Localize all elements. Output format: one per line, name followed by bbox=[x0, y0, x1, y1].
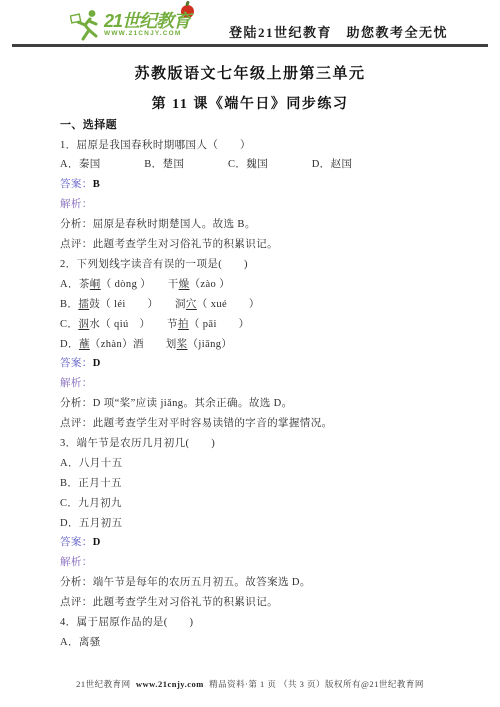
explain-label: 解析： bbox=[60, 378, 93, 389]
runner-icon bbox=[70, 8, 102, 44]
doc-line-opt: A．秦国 B．楚国 C．魏国 D．赵国 bbox=[60, 160, 450, 171]
logo-wordmark: 21世纪教育 WWW.21CNJY.COM bbox=[104, 12, 190, 38]
doc-line-ans: 解析： bbox=[60, 558, 450, 569]
text-segment: 2．下列划线字读音有误的一项是( ) bbox=[60, 259, 248, 270]
document-titles: 苏教版语文七年级上册第三单元 第 11 课《端午日》同步练习 bbox=[0, 62, 500, 113]
doc-line-opt: A．八月十五 bbox=[60, 459, 450, 470]
answer-label: 答案： bbox=[60, 537, 93, 548]
site-logo[interactable]: 21世纪教育 WWW.21CNJY.COM bbox=[70, 8, 190, 44]
doc-line-body: 点评：此题考查学生对习俗礼节的积累识记。 bbox=[60, 240, 450, 251]
answer-label: 答案： bbox=[60, 358, 93, 369]
text-segment: （zhàn）酒 划 bbox=[90, 339, 177, 350]
header-divider bbox=[12, 44, 488, 47]
text-segment: 擂 bbox=[78, 299, 89, 310]
doc-line-ans: 解析： bbox=[60, 379, 450, 390]
text-segment: 分析：端午节是每年的农历五月初五。故答案选 D。 bbox=[60, 577, 311, 588]
explain-label: 解析： bbox=[60, 557, 93, 568]
explain-label: 解析： bbox=[60, 199, 93, 210]
page-footer: 21世纪教育网 www.21cnjy.com 精品资料·第 1 页 （共 3 页… bbox=[0, 678, 500, 690]
text-segment: 燥 bbox=[179, 279, 190, 290]
worksheet-page: 21世纪教育 WWW.21CNJY.COM 登陆21世纪教育 助您教考全无忧 苏… bbox=[0, 0, 500, 707]
doc-line-body: 分析：D 项“桨”应读 jiǎng。其余正确。故选 D。 bbox=[60, 399, 450, 410]
footer-site-url[interactable]: www.21cnjy.com bbox=[136, 679, 204, 689]
doc-line-body: 点评：此题考查学生对习俗礼节的积累识记。 bbox=[60, 598, 450, 609]
text-segment: D bbox=[93, 537, 101, 548]
text-segment: 点评：此题考查学生对习俗礼节的积累识记。 bbox=[60, 239, 278, 250]
text-segment: （ dòng ） 干 bbox=[101, 279, 179, 290]
logo-brand-text: 21世纪教育 bbox=[104, 12, 190, 30]
doc-line-body: 点评：此题考查学生对平时容易读错的字音的掌握情况。 bbox=[60, 419, 450, 430]
doc-line-opt: D．五月初五 bbox=[60, 519, 450, 530]
doc-line-q: 2．下列划线字读音有误的一项是( ) bbox=[60, 260, 450, 271]
doc-line-opt: B．正月十五 bbox=[60, 479, 450, 490]
text-segment: 桨 bbox=[177, 339, 188, 350]
doc-line-q: 1．屈原是我国春秋时期哪国人（ ） bbox=[60, 141, 450, 152]
doc-line-opt: C．泅水（ qiú ） 节拍（ pāi ） bbox=[60, 320, 450, 331]
document-body: 一、选择题1．屈原是我国春秋时期哪国人（ ）A．秦国 B．楚国 C．魏国 D．赵… bbox=[60, 120, 450, 658]
text-segment: 点评：此题考查学生对习俗礼节的积累识记。 bbox=[60, 597, 278, 608]
text-segment: B bbox=[93, 179, 100, 190]
doc-line-ans: 答案：D bbox=[60, 359, 450, 370]
text-segment: 水（ qiú ） 节 bbox=[89, 319, 178, 330]
doc-line-section: 一、选择题 bbox=[60, 120, 450, 131]
text-segment: 点评：此题考查学生对平时容易读错的字音的掌握情况。 bbox=[60, 418, 333, 429]
doc-line-body: 分析：屈原是春秋时期楚国人。故选 B。 bbox=[60, 220, 450, 231]
doc-line-ans: 解析： bbox=[60, 200, 450, 211]
text-segment: （zào ） bbox=[190, 279, 231, 290]
text-segment: （ pāi ） bbox=[189, 319, 250, 330]
text-segment: （jiāng） bbox=[188, 339, 233, 350]
doc-line-q: 4．属于屈原作品的是( ) bbox=[60, 618, 450, 629]
text-segment: 4．属于屈原作品的是( ) bbox=[60, 617, 193, 628]
text-segment: D．五月初五 bbox=[60, 518, 122, 529]
text-segment: 分析：屈原是春秋时期楚国人。故选 B。 bbox=[60, 219, 256, 230]
document-subtitle: 第 11 课《端午日》同步练习 bbox=[0, 93, 500, 113]
doc-line-opt: C．九月初九 bbox=[60, 499, 450, 510]
doc-line-ans: 答案：D bbox=[60, 538, 450, 549]
doc-line-opt: D．蘸（zhàn）酒 划桨（jiāng） bbox=[60, 340, 450, 351]
text-segment: 蘸 bbox=[79, 339, 90, 350]
text-segment: A．八月十五 bbox=[60, 458, 122, 469]
header-slogan: 登陆21世纪教育 助您教考全无忧 bbox=[229, 22, 448, 41]
doc-line-opt: B．擂鼓（ léi ） 洞穴（ xué ） bbox=[60, 300, 450, 311]
text-segment: 泅 bbox=[78, 319, 89, 330]
text-segment: 一、选择题 bbox=[60, 119, 117, 131]
doc-line-q: 3．端午节是农历几月初几( ) bbox=[60, 439, 450, 450]
text-segment: 拍 bbox=[178, 319, 189, 330]
text-segment: 穴 bbox=[186, 299, 197, 310]
text-segment: 3．端午节是农历几月初几( ) bbox=[60, 438, 215, 449]
text-segment: 鼓（ léi ） 洞 bbox=[89, 299, 186, 310]
logo-site-text: WWW.21CNJY.COM bbox=[104, 30, 190, 38]
doc-line-ans: 答案：B bbox=[60, 180, 450, 191]
text-segment: 1．屈原是我国春秋时期哪国人（ ） bbox=[60, 140, 251, 151]
text-segment: D． bbox=[60, 339, 79, 350]
text-segment: A．离骚 bbox=[60, 637, 101, 648]
text-segment: A．秦国 B．楚国 C．魏国 D．赵国 bbox=[60, 159, 352, 170]
page-header: 21世纪教育 WWW.21CNJY.COM 登陆21世纪教育 助您教考全无忧 bbox=[0, 0, 500, 46]
text-segment: 峒 bbox=[90, 279, 101, 290]
text-segment: C． bbox=[60, 319, 78, 330]
doc-line-opt: A．茶峒（ dòng ） 干燥（zào ） bbox=[60, 280, 450, 291]
text-segment: 分析：D 项“桨”应读 jiǎng。其余正确。故选 D。 bbox=[60, 398, 293, 409]
text-segment: B． bbox=[60, 299, 78, 310]
doc-line-opt: A．离骚 bbox=[60, 638, 450, 649]
document-title: 苏教版语文七年级上册第三单元 bbox=[0, 62, 500, 83]
text-segment: C．九月初九 bbox=[60, 498, 122, 509]
text-segment: D bbox=[93, 358, 101, 369]
footer-info: 精品资料·第 1 页 （共 3 页）版权所有@21世纪教育网 bbox=[209, 679, 424, 689]
answer-label: 答案： bbox=[60, 179, 93, 190]
text-segment: A．茶 bbox=[60, 279, 90, 290]
text-segment: B．正月十五 bbox=[60, 478, 122, 489]
text-segment: （ xué ） bbox=[197, 299, 260, 310]
footer-site-name: 21世纪教育网 bbox=[76, 679, 131, 689]
doc-line-body: 分析：端午节是每年的农历五月初五。故答案选 D。 bbox=[60, 578, 450, 589]
